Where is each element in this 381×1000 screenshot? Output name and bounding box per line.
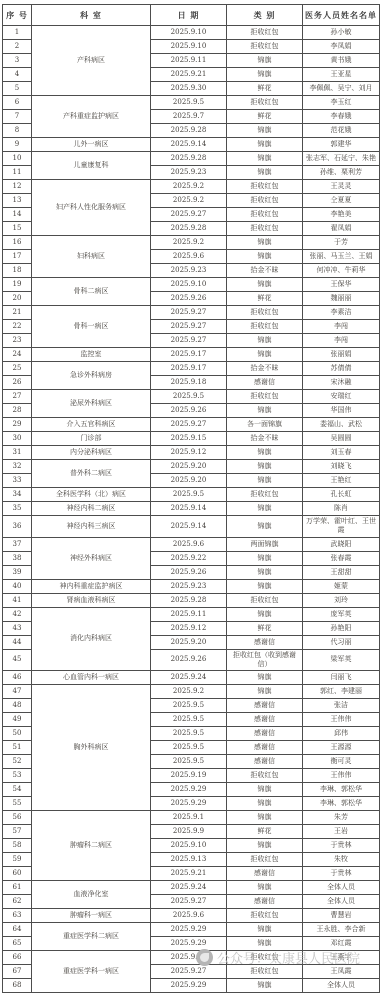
category-cell: 鲜花	[227, 292, 303, 306]
serial-cell: 17	[3, 250, 32, 264]
category-cell: 拒收红包	[227, 96, 303, 110]
names-cell: 王伟伟	[303, 712, 380, 726]
table-row: 16妇科病区2025.9.2锦旗于芳	[3, 236, 380, 250]
serial-cell: 59	[3, 852, 32, 866]
category-cell: 锦旗	[227, 922, 303, 936]
serial-cell: 47	[3, 684, 32, 698]
names-cell: 王岩	[303, 824, 380, 838]
table-row: 66重症医学科一病区2025.9.14拒收红包王燕宇	[3, 950, 380, 964]
serial-cell: 23	[3, 334, 32, 348]
category-cell: 锦旗	[227, 166, 303, 180]
category-cell: 拒收红包	[227, 320, 303, 334]
category-cell: 鲜花	[227, 824, 303, 838]
date-cell: 2025.9.26	[151, 292, 227, 306]
table-row: 6产科重症监护病区2025.9.5拒收红包李玉红	[3, 96, 380, 110]
date-cell: 2025.9.2	[151, 236, 227, 250]
category-cell: 锦旗	[227, 460, 303, 474]
date-cell: 2025.9.15	[151, 432, 227, 446]
date-cell: 2025.9.23	[151, 264, 227, 278]
names-cell: 于贵林	[303, 866, 380, 880]
names-cell: 安瑞红	[303, 390, 380, 404]
names-cell: 王伟伟	[303, 768, 380, 782]
department-cell: 急诊外科病房	[32, 362, 151, 390]
category-cell: 拒收红包	[227, 593, 303, 607]
names-cell: 王永胜、李合新	[303, 922, 380, 936]
category-cell: 锦旗	[227, 782, 303, 796]
names-cell: 王亚星	[303, 68, 380, 82]
category-cell: 锦旗	[227, 502, 303, 516]
date-cell: 2025.9.29	[151, 922, 227, 936]
category-cell: 锦旗	[227, 551, 303, 565]
names-cell: 武晓阳	[303, 537, 380, 551]
date-cell: 2025.9.5	[151, 96, 227, 110]
names-cell: 刘玲	[303, 593, 380, 607]
date-cell: 2025.9.6	[151, 250, 227, 264]
date-cell: 2025.9.29	[151, 936, 227, 950]
serial-cell: 52	[3, 754, 32, 768]
category-cell: 鲜花	[227, 82, 303, 96]
date-cell: 2025.9.27	[151, 418, 227, 432]
names-cell: 张丽娟	[303, 348, 380, 362]
column-header-3: 类 别	[227, 5, 303, 26]
category-cell: 锦旗	[227, 796, 303, 810]
category-cell: 拒收红包（收到感谢信）	[227, 649, 303, 670]
category-cell: 拒收红包	[227, 964, 303, 978]
date-cell: 2025.9.20	[151, 635, 227, 649]
date-cell: 2025.9.5	[151, 712, 227, 726]
date-cell: 2025.9.6	[151, 537, 227, 551]
serial-cell: 40	[3, 579, 32, 593]
date-cell: 2025.9.2	[151, 684, 227, 698]
date-cell: 2025.9.27	[151, 208, 227, 222]
names-cell: 曹慧岩	[303, 908, 380, 922]
names-cell: 魏丽丽	[303, 292, 380, 306]
date-cell: 2025.9.14	[151, 516, 227, 537]
names-cell: 姬蒙	[303, 579, 380, 593]
table-row: 64重症医学科二病区2025.9.29锦旗王永胜、李合新	[3, 922, 380, 936]
table-row: 32普外科二病区2025.9.20锦旗刘晓飞	[3, 460, 380, 474]
table-row: 46心血管内科一病区2025.9.24锦旗闫丽飞	[3, 670, 380, 684]
serial-cell: 65	[3, 936, 32, 950]
category-cell: 感谢信	[227, 754, 303, 768]
serial-cell: 37	[3, 537, 32, 551]
category-cell: 锦旗	[227, 565, 303, 579]
serial-cell: 45	[3, 649, 32, 670]
department-cell: 神经外科病区	[32, 537, 151, 579]
date-cell: 2025.9.13	[151, 852, 227, 866]
serial-cell: 26	[3, 376, 32, 390]
category-cell: 拒收红包	[227, 908, 303, 922]
table-row: 29介入五官科病区2025.9.27各一面锦旗娄福山、武松	[3, 418, 380, 432]
names-cell: 陈肖	[303, 502, 380, 516]
table-row: 1产科病区2025.9.10拒收红包孙小敏	[3, 26, 380, 40]
serial-cell: 64	[3, 922, 32, 936]
names-cell: 仝夏夏	[303, 194, 380, 208]
date-cell: 2025.9.10	[151, 26, 227, 40]
category-cell: 拒收红包	[227, 222, 303, 236]
category-cell: 各一面锦旗	[227, 418, 303, 432]
department-cell: 妇科病区	[32, 236, 151, 278]
serial-cell: 63	[3, 908, 32, 922]
names-cell: 王凤霞	[303, 964, 380, 978]
serial-cell: 55	[3, 796, 32, 810]
category-cell: 锦旗	[227, 348, 303, 362]
date-cell: 2025.9.9	[151, 824, 227, 838]
names-cell: 李佩佩、吴宁、刘月	[303, 82, 380, 96]
date-cell: 2025.9.12	[151, 621, 227, 635]
category-cell: 感谢信	[227, 866, 303, 880]
department-cell: 介入五官科病区	[32, 418, 151, 432]
names-cell: 宋沐融	[303, 376, 380, 390]
date-cell: 2025.9.2	[151, 180, 227, 194]
category-cell: 锦旗	[227, 936, 303, 950]
serial-cell: 16	[3, 236, 32, 250]
names-cell: 郭建华	[303, 138, 380, 152]
table-row: 36神经内科三病区2025.9.14锦旗万学荣、霍叶红、王世霞	[3, 516, 380, 537]
names-cell: 朱芳	[303, 810, 380, 824]
department-cell: 监控室	[32, 348, 151, 362]
department-cell: 胸外科病区	[32, 684, 151, 810]
table-row: 25急诊外科病房2025.9.17拾金不昧苏倩倩	[3, 362, 380, 376]
department-cell: 内分泌科病区	[32, 446, 151, 460]
date-cell: 2025.9.24	[151, 670, 227, 684]
serial-cell: 43	[3, 621, 32, 635]
names-cell: 孙维、栗利芳	[303, 166, 380, 180]
date-cell: 2025.9.2	[151, 194, 227, 208]
date-cell: 2025.9.26	[151, 404, 227, 418]
serial-cell: 18	[3, 264, 32, 278]
serial-cell: 20	[3, 292, 32, 306]
date-cell: 2025.9.28	[151, 124, 227, 138]
names-cell: 代习丽	[303, 635, 380, 649]
serial-cell: 30	[3, 432, 32, 446]
category-cell: 锦旗	[227, 978, 303, 992]
serial-cell: 42	[3, 607, 32, 621]
table-row: 40神内科重症监护病区2025.9.23锦旗姬蒙	[3, 579, 380, 593]
table-row: 12妇产科人性化服务病区2025.9.2拒收红包王灵灵	[3, 180, 380, 194]
names-cell: 刘玉春	[303, 446, 380, 460]
serial-cell: 57	[3, 824, 32, 838]
category-cell: 锦旗	[227, 474, 303, 488]
department-cell: 妇产科人性化服务病区	[32, 180, 151, 236]
serial-cell: 11	[3, 166, 32, 180]
serial-cell: 48	[3, 698, 32, 712]
serial-cell: 36	[3, 516, 32, 537]
category-cell: 感谢信	[227, 740, 303, 754]
category-cell: 锦旗	[227, 684, 303, 698]
category-cell: 锦旗	[227, 124, 303, 138]
date-cell: 2025.9.24	[151, 880, 227, 894]
date-cell: 2025.9.26	[151, 649, 227, 670]
names-cell: 邱伟	[303, 726, 380, 740]
category-cell: 拒收红包	[227, 390, 303, 404]
category-cell: 感谢信	[227, 726, 303, 740]
serial-cell: 54	[3, 782, 32, 796]
department-cell: 肿瘤科二病区	[32, 810, 151, 880]
names-cell: 何冲冲、牛莉华	[303, 264, 380, 278]
category-cell: 拒收红包	[227, 208, 303, 222]
date-cell: 2025.9.18	[151, 376, 227, 390]
category-cell: 拒收红包	[227, 852, 303, 866]
department-cell: 肿瘤科一病区	[32, 908, 151, 922]
date-cell: 2025.9.14	[151, 502, 227, 516]
column-header-2: 日 期	[151, 5, 227, 26]
names-cell: 娄福山、武松	[303, 418, 380, 432]
department-cell: 重症医学科一病区	[32, 950, 151, 992]
date-cell: 2025.9.27	[151, 320, 227, 334]
category-cell: 锦旗	[227, 810, 303, 824]
table-row: 10儿童康复科2025.9.28锦旗张志军、石延宁、朱艳	[3, 152, 380, 166]
category-cell: 拒收红包	[227, 40, 303, 54]
serial-cell: 29	[3, 418, 32, 432]
category-cell: 锦旗	[227, 607, 303, 621]
category-cell: 锦旗	[227, 446, 303, 460]
department-cell: 重症医学科二病区	[32, 922, 151, 950]
category-cell: 锦旗	[227, 838, 303, 852]
names-cell: 孙小敏	[303, 26, 380, 40]
category-cell: 锦旗	[227, 278, 303, 292]
category-cell: 两面锦旗	[227, 537, 303, 551]
serial-cell: 31	[3, 446, 32, 460]
date-cell: 2025.9.23	[151, 579, 227, 593]
table-row: 35神经内科二病区2025.9.14锦旗陈肖	[3, 502, 380, 516]
names-cell: 郭红、李建丽	[303, 684, 380, 698]
category-cell: 鲜花	[227, 110, 303, 124]
date-cell: 2025.9.29	[151, 796, 227, 810]
date-cell: 2025.9.28	[151, 152, 227, 166]
names-cell: 于芳	[303, 236, 380, 250]
date-cell: 2025.9.5	[151, 726, 227, 740]
table-row: 56肿瘤科二病区2025.9.1锦旗朱芳	[3, 810, 380, 824]
names-cell: 黄书娥	[303, 54, 380, 68]
category-cell: 感谢信	[227, 712, 303, 726]
department-cell: 血液净化室	[32, 880, 151, 908]
date-cell: 2025.9.27	[151, 894, 227, 908]
table-row: 27泌尿外科病区2025.9.5拒收红包安瑞红	[3, 390, 380, 404]
category-cell: 鲜花	[227, 621, 303, 635]
table-row: 21骨科一病区2025.9.27拒收红包李素洁	[3, 306, 380, 320]
date-cell: 2025.9.10	[151, 838, 227, 852]
table-row: 31内分泌科病区2025.9.12锦旗刘玉春	[3, 446, 380, 460]
serial-cell: 34	[3, 488, 32, 502]
names-cell: 王艳红	[303, 474, 380, 488]
date-cell: 2025.9.26	[151, 565, 227, 579]
names-cell: 刘晓飞	[303, 460, 380, 474]
table-row: 34全科医学科（北）病区2025.9.5拒收红包孔长虹	[3, 488, 380, 502]
serial-cell: 10	[3, 152, 32, 166]
date-cell: 2025.9.5	[151, 698, 227, 712]
names-cell: 庞军英	[303, 607, 380, 621]
medical-staff-commendation-table: 序 号科 室日 期类 别医务人员姓名名单 1产科病区2025.9.10拒收红包孙…	[2, 4, 380, 993]
serial-cell: 6	[3, 96, 32, 110]
date-cell: 2025.9.30	[151, 82, 227, 96]
names-cell: 于贵林	[303, 838, 380, 852]
serial-cell: 49	[3, 712, 32, 726]
names-cell: 邓红霞	[303, 936, 380, 950]
category-cell: 锦旗	[227, 68, 303, 82]
category-cell: 感谢信	[227, 698, 303, 712]
date-cell: 2025.9.29	[151, 782, 227, 796]
table-body: 1产科病区2025.9.10拒收红包孙小敏22025.9.10拒收红包李凤娟32…	[3, 26, 380, 992]
date-cell: 2025.9.5	[151, 390, 227, 404]
table-header-row: 序 号科 室日 期类 别医务人员姓名名单	[3, 5, 380, 26]
date-cell: 2025.9.1	[151, 810, 227, 824]
department-cell: 骨科一病区	[32, 306, 151, 348]
table-row: 30门诊部2025.9.15拾金不昧吴圆圆	[3, 432, 380, 446]
category-cell: 锦旗	[227, 579, 303, 593]
serial-cell: 44	[3, 635, 32, 649]
serial-cell: 2	[3, 40, 32, 54]
category-cell: 锦旗	[227, 250, 303, 264]
department-cell: 泌尿外科病区	[32, 390, 151, 418]
table-row: 42消化内科病区2025.9.11锦旗庞军英	[3, 607, 380, 621]
date-cell: 2025.9.7	[151, 110, 227, 124]
department-cell: 门诊部	[32, 432, 151, 446]
category-cell: 拒收红包	[227, 306, 303, 320]
table-row: 24监控室2025.9.17锦旗张丽娟	[3, 348, 380, 362]
serial-cell: 50	[3, 726, 32, 740]
category-cell: 锦旗	[227, 334, 303, 348]
serial-cell: 60	[3, 866, 32, 880]
date-cell: 2025.9.21	[151, 68, 227, 82]
names-cell: 吴圆圆	[303, 432, 380, 446]
serial-cell: 56	[3, 810, 32, 824]
names-cell: 华国伟	[303, 404, 380, 418]
date-cell: 2025.9.14	[151, 138, 227, 152]
names-cell: 万学荣、霍叶红、王世霞	[303, 516, 380, 537]
date-cell: 2025.9.20	[151, 474, 227, 488]
category-cell: 锦旗	[227, 516, 303, 537]
names-cell: 王燕宇	[303, 950, 380, 964]
serial-cell: 53	[3, 768, 32, 782]
serial-cell: 15	[3, 222, 32, 236]
serial-cell: 38	[3, 551, 32, 565]
table-row: 41肾病血液科病区2025.9.28拒收红包刘玲	[3, 593, 380, 607]
date-cell: 2025.9.5	[151, 754, 227, 768]
category-cell: 拾金不昧	[227, 264, 303, 278]
serial-cell: 13	[3, 194, 32, 208]
category-cell: 拒收红包	[227, 194, 303, 208]
serial-cell: 51	[3, 740, 32, 754]
serial-cell: 39	[3, 565, 32, 579]
category-cell: 锦旗	[227, 236, 303, 250]
serial-cell: 12	[3, 180, 32, 194]
serial-cell: 1	[3, 26, 32, 40]
names-cell: 孙艳阳	[303, 621, 380, 635]
serial-cell: 7	[3, 110, 32, 124]
serial-cell: 35	[3, 502, 32, 516]
names-cell: 张春霞	[303, 551, 380, 565]
department-cell: 消化内科病区	[32, 607, 151, 670]
category-cell: 拒收红包	[227, 488, 303, 502]
date-cell: 2025.9.29	[151, 978, 227, 992]
category-cell: 拒收红包	[227, 26, 303, 40]
department-cell: 产科重症监护病区	[32, 96, 151, 138]
serial-cell: 58	[3, 838, 32, 852]
serial-cell: 5	[3, 82, 32, 96]
date-cell: 2025.9.6	[151, 908, 227, 922]
names-cell: 李玉红	[303, 96, 380, 110]
serial-cell: 28	[3, 404, 32, 418]
names-cell: 李琳、郭松华	[303, 782, 380, 796]
names-cell: 全体人员	[303, 880, 380, 894]
column-header-0: 序 号	[3, 5, 32, 26]
date-cell: 2025.9.5	[151, 488, 227, 502]
names-cell: 王源源	[303, 740, 380, 754]
serial-cell: 21	[3, 306, 32, 320]
names-cell: 张丽、马玉兰、王娟	[303, 250, 380, 264]
category-cell: 锦旗	[227, 138, 303, 152]
date-cell: 2025.9.17	[151, 362, 227, 376]
category-cell: 感谢信	[227, 635, 303, 649]
serial-cell: 67	[3, 964, 32, 978]
names-cell: 翟凤娟	[303, 222, 380, 236]
department-cell: 神内科重症监护病区	[32, 579, 151, 593]
category-cell: 拒收红包	[227, 950, 303, 964]
date-cell: 2025.9.14	[151, 950, 227, 964]
names-cell: 李琳、郭松华	[303, 796, 380, 810]
category-cell: 锦旗	[227, 152, 303, 166]
names-cell: 李素洁	[303, 306, 380, 320]
serial-cell: 24	[3, 348, 32, 362]
department-cell: 儿童康复科	[32, 152, 151, 180]
serial-cell: 68	[3, 978, 32, 992]
department-cell: 产科病区	[32, 26, 151, 96]
date-cell: 2025.9.20	[151, 460, 227, 474]
names-cell: 朱牧	[303, 852, 380, 866]
category-cell: 拾金不昧	[227, 432, 303, 446]
names-cell: 李春娥	[303, 110, 380, 124]
serial-cell: 14	[3, 208, 32, 222]
names-cell: 李闯	[303, 334, 380, 348]
category-cell: 锦旗	[227, 880, 303, 894]
category-cell: 锦旗	[227, 404, 303, 418]
department-cell: 普外科二病区	[32, 460, 151, 488]
category-cell: 感谢信	[227, 376, 303, 390]
names-cell: 梁军英	[303, 649, 380, 670]
table-row: 37神经外科病区2025.9.6两面锦旗武晓阳	[3, 537, 380, 551]
category-cell: 锦旗	[227, 54, 303, 68]
date-cell: 2025.9.12	[151, 446, 227, 460]
category-cell: 感谢信	[227, 894, 303, 908]
serial-cell: 46	[3, 670, 32, 684]
names-cell: 闫丽飞	[303, 670, 380, 684]
date-cell: 2025.9.28	[151, 222, 227, 236]
serial-cell: 66	[3, 950, 32, 964]
date-cell: 2025.9.27	[151, 964, 227, 978]
date-cell: 2025.9.11	[151, 607, 227, 621]
serial-cell: 8	[3, 124, 32, 138]
names-cell: 张志军、石延宁、朱艳	[303, 152, 380, 166]
names-cell: 全体人员	[303, 894, 380, 908]
serial-cell: 61	[3, 880, 32, 894]
department-cell: 神经内科三病区	[32, 516, 151, 537]
date-cell: 2025.9.17	[151, 348, 227, 362]
date-cell: 2025.9.11	[151, 54, 227, 68]
serial-cell: 9	[3, 138, 32, 152]
names-cell: 衡可灵	[303, 754, 380, 768]
serial-cell: 22	[3, 320, 32, 334]
names-cell: 王保华	[303, 278, 380, 292]
table-row: 63肿瘤科一病区2025.9.6拒收红包曹慧岩	[3, 908, 380, 922]
serial-cell: 62	[3, 894, 32, 908]
serial-cell: 33	[3, 474, 32, 488]
date-cell: 2025.9.5	[151, 740, 227, 754]
names-cell: 李艳美	[303, 208, 380, 222]
table-row: 9儿外一病区2025.9.14锦旗郭建华	[3, 138, 380, 152]
department-cell: 骨科二病区	[32, 278, 151, 306]
department-cell: 心血管内科一病区	[32, 670, 151, 684]
